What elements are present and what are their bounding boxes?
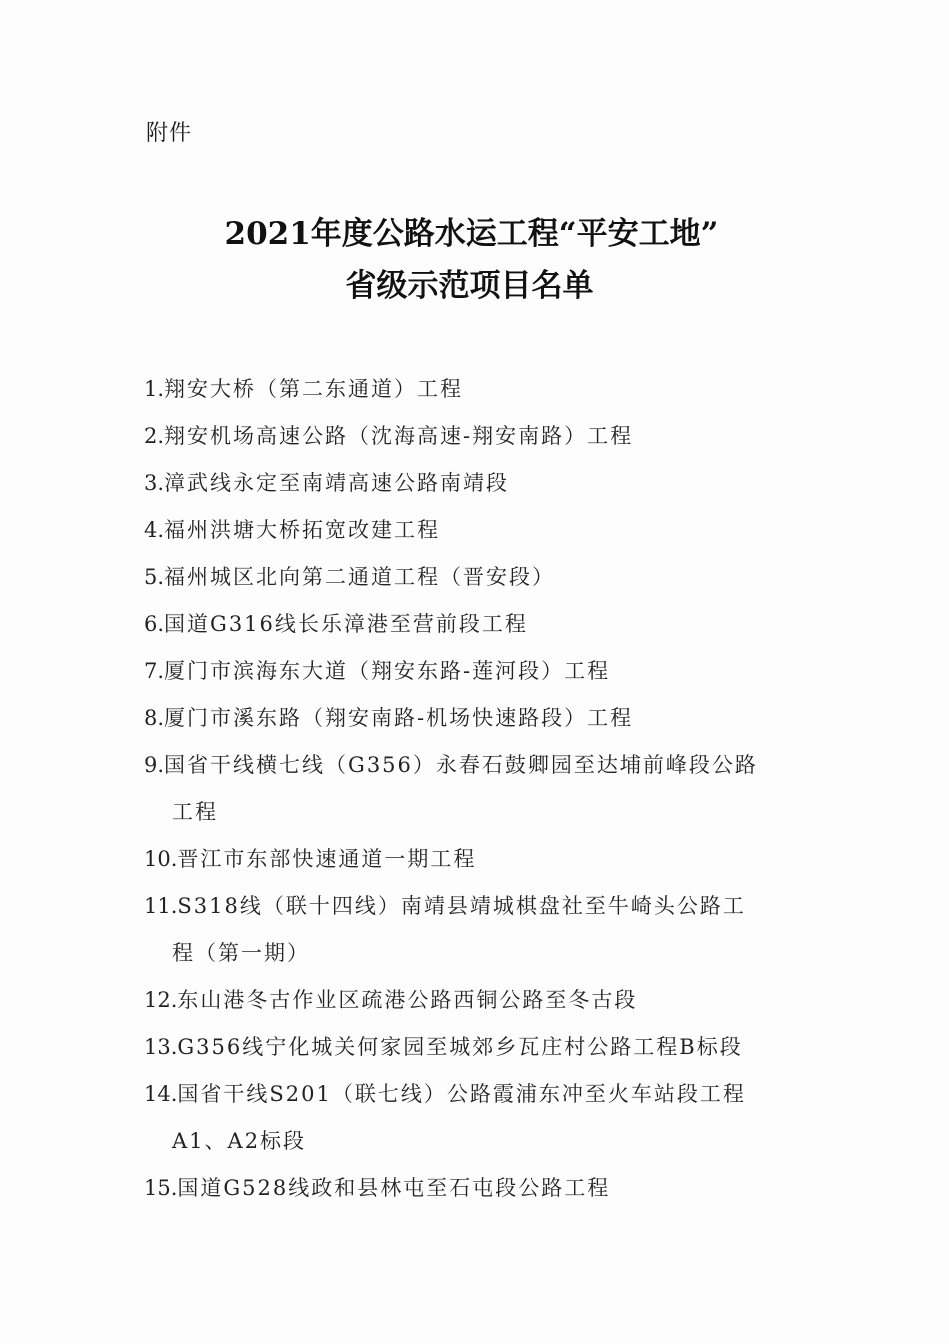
list-item-13: 13.G356线宁化城关何家园至城郊乡瓦庄村公路工程B标段 [144, 1024, 824, 1071]
list-item-1: 1.翔安大桥（第二东通道）工程 [144, 366, 824, 413]
item-number: 2. [144, 413, 164, 460]
item-text: 漳武线永定至南靖高速公路南靖段 [164, 460, 824, 507]
item-number: 5. [144, 554, 164, 601]
project-list: 1.翔安大桥（第二东通道）工程 2.翔安机场高速公路（沈海高速-翔安南路）工程 … [144, 366, 824, 1212]
attachment-label: 附件 [146, 116, 192, 147]
list-item-2: 2.翔安机场高速公路（沈海高速-翔安南路）工程 [144, 413, 824, 460]
item-number: 7. [144, 648, 164, 695]
list-item-11: 11.S318线（联十四线）南靖县靖城棋盘社至牛崎头公路工 程（第一期） [144, 883, 824, 977]
item-continuation: 程（第一期） [144, 930, 824, 977]
item-text: 国省干线横七线（G356）永春石鼓卿园至达埔前峰段公路 [164, 742, 824, 789]
item-number: 8. [144, 695, 164, 742]
item-number: 10. [144, 836, 177, 883]
document-page: 附件 2021年度公路水运工程“平安工地” 省级示范项目名单 1.翔安大桥（第二… [0, 0, 949, 1344]
item-number: 15. [144, 1165, 177, 1212]
list-item-6: 6.国道G316线长乐漳港至营前段工程 [144, 601, 824, 648]
item-text: 国道G528线政和县林屯至石屯段公路工程 [177, 1165, 824, 1212]
item-text: S318线（联十四线）南靖县靖城棋盘社至牛崎头公路工 [177, 883, 824, 930]
list-item-7: 7.厦门市滨海东大道（翔安东路-莲河段）工程 [144, 648, 824, 695]
list-item-12: 12.东山港冬古作业区疏港公路西铜公路至冬古段 [144, 977, 824, 1024]
item-text: 福州城区北向第二通道工程（晋安段） [164, 554, 824, 601]
item-number: 3. [144, 460, 164, 507]
item-continuation: A1、A2标段 [144, 1118, 824, 1165]
item-text: 厦门市滨海东大道（翔安东路-莲河段）工程 [164, 648, 824, 695]
item-number: 12. [144, 977, 177, 1024]
list-item-10: 10.晋江市东部快速通道一期工程 [144, 836, 824, 883]
item-continuation: 工程 [144, 789, 824, 836]
item-number: 4. [144, 507, 164, 554]
item-number: 9. [144, 742, 164, 789]
title-line-1: 2021年度公路水运工程“平安工地” [0, 208, 949, 260]
item-text: 晋江市东部快速通道一期工程 [177, 836, 824, 883]
item-text: 国道G316线长乐漳港至营前段工程 [164, 601, 824, 648]
list-item-8: 8.厦门市溪东路（翔安南路-机场快速路段）工程 [144, 695, 824, 742]
item-text: G356线宁化城关何家园至城郊乡瓦庄村公路工程B标段 [177, 1024, 824, 1071]
item-number: 13. [144, 1024, 177, 1071]
list-item-9: 9.国省干线横七线（G356）永春石鼓卿园至达埔前峰段公路 工程 [144, 742, 824, 836]
list-item-3: 3.漳武线永定至南靖高速公路南靖段 [144, 460, 824, 507]
item-text: 东山港冬古作业区疏港公路西铜公路至冬古段 [177, 977, 824, 1024]
title-line-2: 省级示范项目名单 [0, 260, 949, 312]
item-number: 6. [144, 601, 164, 648]
item-text: 厦门市溪东路（翔安南路-机场快速路段）工程 [164, 695, 824, 742]
item-text: 福州洪塘大桥拓宽改建工程 [164, 507, 824, 554]
list-item-4: 4.福州洪塘大桥拓宽改建工程 [144, 507, 824, 554]
list-item-5: 5.福州城区北向第二通道工程（晋安段） [144, 554, 824, 601]
item-text: 国省干线S201（联七线）公路霞浦东冲至火车站段工程 [177, 1071, 824, 1118]
list-item-15: 15.国道G528线政和县林屯至石屯段公路工程 [144, 1165, 824, 1212]
list-item-14: 14.国省干线S201（联七线）公路霞浦东冲至火车站段工程 A1、A2标段 [144, 1071, 824, 1165]
item-number: 1. [144, 366, 164, 413]
item-text: 翔安大桥（第二东通道）工程 [164, 366, 824, 413]
item-number: 14. [144, 1071, 177, 1118]
document-title: 2021年度公路水运工程“平安工地” 省级示范项目名单 [0, 208, 949, 312]
item-number: 11. [144, 883, 177, 930]
item-text: 翔安机场高速公路（沈海高速-翔安南路）工程 [164, 413, 824, 460]
